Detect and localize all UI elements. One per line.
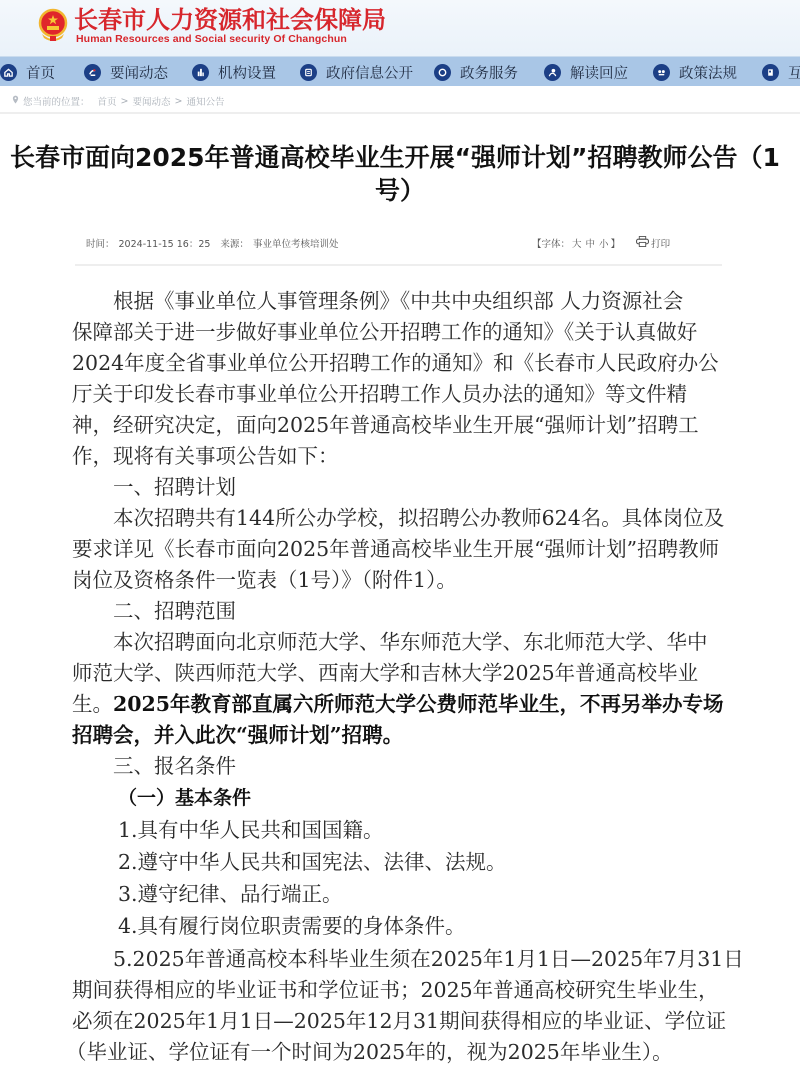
article-tools: 【字体： 大 中 小 】 打印: [532, 236, 670, 250]
breadcrumb-separator: >: [121, 96, 129, 107]
national-emblem-icon: [36, 8, 70, 44]
section-heading-scope: 二、招聘范围: [72, 596, 236, 626]
font-size-close: 】: [611, 236, 621, 250]
nav-label: 互: [788, 62, 800, 83]
article-meta: 时间：2024-11-15 16：25来源：事业单位考核培训处: [86, 236, 342, 250]
government-info-icon: [300, 64, 317, 81]
interpretation-icon: [544, 64, 561, 81]
nav-item-organization[interactable]: 机构设置: [192, 57, 276, 86]
breadcrumb-notices[interactable]: 通知公告: [186, 94, 224, 108]
paragraph-line: 2024年度全省事业单位公开招聘工作的通知》和《长春市人民政府办公: [72, 348, 719, 378]
nav-item-policy[interactable]: 政策法规: [653, 57, 737, 86]
breadcrumb-prefix: 您当前的位置：: [23, 94, 90, 108]
article-title-line1: 长春市面向2025年普通高校毕业生开展“强师计划”招聘教师公告（1: [10, 142, 780, 174]
text-bold: 2025年教育部直属六所师范大学公费师范毕业生，不再另举办专场: [113, 692, 724, 716]
paragraph-line: 必须在2025年1月1日—2025年12月31期间获得相应的毕业证、学位证: [72, 1006, 726, 1036]
policy-icon: [653, 64, 670, 81]
news-icon: [84, 64, 101, 81]
paragraph-line-bold: 招聘会，并入此次“强师计划”招聘。: [72, 720, 403, 750]
paragraph-line: 要求详见《长春市面向2025年普通高校毕业生开展“强师计划”招聘教师: [72, 534, 719, 564]
nav-label: 政策法规: [679, 62, 737, 83]
nav-item-government-info[interactable]: 政府信息公开: [300, 57, 413, 86]
breadcrumb-home[interactable]: 首页: [98, 94, 117, 108]
meta-divider: [75, 264, 722, 266]
nav-label: 要闻动态: [110, 62, 168, 83]
condition-item: 3.遵守纪律、品行端正。: [118, 879, 343, 909]
subsection-heading-basic: （一）基本条件: [118, 783, 251, 813]
print-label: 打印: [651, 236, 670, 250]
service-icon: [434, 64, 451, 81]
condition-item: 5.2025年普通高校本科毕业生须在2025年1月1日—2025年7月31日: [72, 944, 744, 974]
nav-label: 政务服务: [460, 62, 518, 83]
paragraph-line: 期间获得相应的毕业证书和学位证书；2025年普通高校研究生毕业生，: [72, 975, 719, 1005]
interaction-icon: [762, 64, 779, 81]
paragraph-line: （毕业证、学位证有一个时间为2025年的，视为2025年毕业生）。: [66, 1037, 673, 1067]
font-size-small[interactable]: 小: [599, 236, 609, 250]
paragraph-line: 神，经研究决定，面向2025年普通高校毕业生开展“强师计划”招聘工: [72, 410, 699, 440]
condition-item: 4.具有履行岗位职责需要的身体条件。: [118, 911, 466, 941]
paragraph-line: 本次招聘共有144所公办学校，拟招聘公办教师624名。具体岗位及: [72, 503, 724, 533]
organization-icon: [192, 64, 209, 81]
nav-label: 机构设置: [218, 62, 276, 83]
paragraph-line: 本次招聘面向北京师范大学、华东师范大学、东北师范大学、华中: [72, 627, 708, 657]
time-label: 时间：: [86, 239, 115, 250]
paragraph-line: 生。2025年教育部直属六所师范大学公费师范毕业生，不再另举办专场: [72, 689, 724, 719]
breadcrumb-divider: [0, 112, 800, 114]
location-pin-icon: [12, 95, 19, 107]
condition-item: 2.遵守中华人民共和国宪法、法律、法规。: [118, 847, 507, 877]
condition-item: 1.具有中华人民共和国国籍。: [118, 815, 384, 845]
site-subtitle: Human Resources and Social security Of C…: [76, 33, 347, 45]
print-button[interactable]: 打印: [636, 236, 670, 250]
font-size-large[interactable]: 大: [572, 236, 582, 250]
breadcrumb-separator: >: [175, 96, 183, 107]
source-value: 事业单位考核培训处: [253, 239, 339, 250]
paragraph-line: 厅关于印发长春市事业单位公开招聘工作人员办法的通知》等文件精: [72, 379, 687, 409]
text-normal: 生。: [72, 692, 113, 716]
publish-time: 2024-11-15 16：25: [119, 239, 211, 250]
nav-item-interaction[interactable]: 互: [762, 57, 800, 86]
home-icon: [0, 64, 17, 81]
printer-icon: [636, 236, 651, 250]
nav-item-service[interactable]: 政务服务: [434, 57, 518, 86]
paragraph-line: 师范大学、陕西师范大学、西南大学和吉林大学2025年普通高校毕业: [72, 658, 698, 688]
nav-label: 解读回应: [570, 62, 628, 83]
paragraph-line: 根据《事业单位人事管理条例》《中共中央组织部 人力资源社会: [72, 286, 683, 316]
source-label: 来源：: [220, 239, 249, 250]
main-nav: 首页 要闻动态 机构设置 政府信息公开 政务服务 解读回应 政策法规: [0, 56, 800, 86]
nav-item-news[interactable]: 要闻动态: [84, 57, 168, 86]
site-title: 长春市人力资源和社会保障局: [74, 6, 386, 34]
nav-item-interpretation[interactable]: 解读回应: [544, 57, 628, 86]
font-size-medium[interactable]: 中: [586, 236, 596, 250]
article-title-line2: 号）: [0, 175, 800, 207]
nav-label: 首页: [26, 62, 55, 83]
section-heading-plan: 一、招聘计划: [72, 472, 236, 502]
nav-label: 政府信息公开: [326, 62, 413, 83]
paragraph-line: 保障部关于进一步做好事业单位公开招聘工作的通知》《关于认真做好: [72, 317, 697, 347]
breadcrumb: 您当前的位置： 首页 > 要闻动态 > 通知公告: [12, 92, 225, 110]
paragraph-line: 作，现将有关事项公告如下：: [72, 441, 339, 471]
site-header: 长春市人力资源和社会保障局 Human Resources and Social…: [0, 0, 800, 56]
font-size-label: 【字体：: [532, 236, 570, 250]
nav-item-home[interactable]: 首页: [0, 57, 55, 86]
paragraph-line: 岗位及资格条件一览表（1号）》（附件1）。: [72, 565, 457, 595]
breadcrumb-news[interactable]: 要闻动态: [133, 94, 171, 108]
section-heading-requirements: 三、报名条件: [72, 751, 236, 781]
